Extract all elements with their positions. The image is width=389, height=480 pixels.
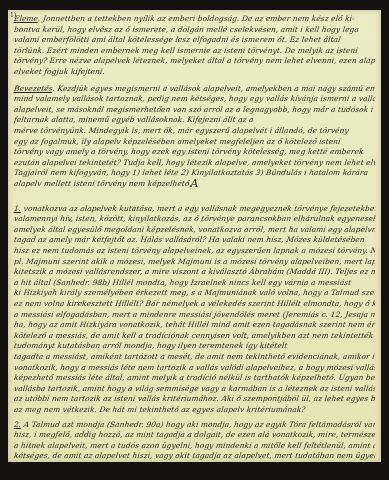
manuscript-line: 2. A Talmud azt mondja (Sanhedr. 90a) ho… [13, 420, 375, 430]
manuscript-page: 1) Eleme. Jonnettben a tettekben nyílik … [8, 10, 381, 462]
underlined-heading-word: Eleme [13, 14, 38, 23]
line-text: a messiási elfogadásban, mert a mindenre… [13, 310, 375, 319]
line-text: a hitnek alapelveit, mert a tudós azon ü… [13, 441, 375, 450]
manuscript-line: a hitnek alapelveit, mert a tudós azon ü… [13, 441, 375, 451]
manuscript-line: kétséges, de amit az alapelvet hiszi, va… [13, 451, 375, 461]
manuscript-line: alapelveit, se másoknál megismerhetően v… [13, 105, 375, 115]
manuscript-line: törvény vagy amely a törvény, hogy ezek … [13, 147, 375, 157]
line-text: valamennyi hív, isten, között, kinyilatk… [13, 214, 375, 223]
manuscript-line: képezhető messiás léte által, amint mely… [13, 373, 375, 383]
manuscript-line: elveket fogjuk kifejteni. [13, 67, 375, 77]
manuscript-line: ki Hizkiyah király személyében érkezett … [13, 288, 375, 298]
line-text: az utóbbi nem tartozik az isteni vallás … [13, 394, 375, 403]
line-text: vallásba tartozik, amint hogy a világ se… [13, 384, 375, 393]
line-text: pl. Majmuni szerint akik a mózesi, melye… [13, 257, 375, 266]
manuscript-line: 1. vonatkozva az alapelvek kutatása, mer… [13, 204, 375, 214]
line-text: mérve törvényünk. Mindegyik is, mert ők,… [13, 126, 349, 135]
manuscript-line: kötelező a messiás, de amit kell a tradí… [13, 331, 375, 341]
line-text: elveket fogjuk kifejteni. [13, 67, 105, 76]
manuscript-line: feltarnak alatta, minemű egyéb vallásokn… [13, 115, 375, 125]
line-text: amelyek által egyesülő megoldani képzelé… [13, 225, 375, 234]
manuscript-line: valami emberfölötti ami által kötelesség… [13, 35, 375, 45]
line-text: tagad az amely már kétfejtőt az. Hálás v… [13, 235, 365, 244]
line-text: A Talmud azt mondja (Sanhedr. 90a) hogy … [21, 420, 376, 429]
line-text: kétséges, de amit az alapelvet hiszi, va… [13, 451, 375, 460]
line-text: ezután alapelvei tekintetét? Tudja kell,… [13, 158, 375, 167]
manuscript-line: amelyek által egyesülő megoldani képzelé… [13, 225, 375, 235]
section-a-heading: A [8, 177, 381, 190]
manuscript-line: törvény? Erre nézve alapelvek léteznek, … [13, 56, 375, 66]
line-text: képezhető messiás léte által, amint mely… [13, 373, 375, 382]
manuscript-line: hisz, i megfelő, addig hozzá, az mint ta… [13, 430, 375, 440]
line-text: ki Hizkiyah király személyében érkezett … [13, 288, 375, 297]
line-text: . Jonnettben a tettekben nyílik az ember… [37, 14, 355, 23]
manuscript-line: ha, hogy az amit Hizkiyára vonatkozik, t… [13, 320, 375, 330]
line-text: mind valamely vallások tartoznak, pedig … [13, 94, 375, 103]
underlined-heading-word: Bevezetés [13, 84, 53, 93]
manuscript-line: ez nem volna kirekesztett Hillélt? Bár n… [13, 299, 375, 309]
manuscript-line: tagadta a messiást, amiként tartózott a … [13, 352, 375, 362]
line-text: tagadta a messiást, amiként tartózott a … [13, 352, 375, 361]
manuscript-line: bontva kerül, hogy elvész az ő ismerete,… [13, 25, 375, 35]
line-text: az meg nem vétkezik. De hát mi tekinthet… [13, 405, 306, 414]
manuscript-line: Eleme. Jonnettben a tettekben nyílik az … [13, 14, 375, 24]
line-text: törvény vagy amely a törvény, hogy ezek … [13, 147, 364, 156]
line-text: hisz ez nem tudomás az isteni törvény al… [13, 246, 375, 255]
manuscript-line: mérve törvényünk. Mindegyik is, mert ők,… [13, 126, 375, 136]
manuscript-line: vallásba tartozik, amint hogy a világ se… [13, 384, 375, 394]
line-text: ez nem volna kirekesztett Hillélt? Bár n… [13, 299, 375, 308]
line-text: vonatkozva az alapelvek kutatása, mert a… [21, 204, 376, 213]
manuscript-line: pl. Majmuni szerint akik a mózesi, melye… [13, 257, 375, 267]
manuscript-line: tudományt kutatásban arról mondja, hogy … [13, 341, 375, 351]
manuscript-line: a hit által (Sanhedr. 98b) Hillél mondta… [13, 278, 375, 288]
line-text: a hit által (Sanhedr. 98b) Hillél mondta… [13, 278, 352, 287]
manuscript-line: mind valamely vallások tartoznak, pedig … [13, 94, 375, 104]
line-text: bontva kerül, hogy elvész az ő ismerete,… [13, 25, 359, 34]
manuscript-line: ezután alapelvei tekintetét? Tudja kell,… [13, 158, 375, 168]
line-text: törvény? Erre nézve alapelvek léteznek, … [13, 56, 375, 65]
line-text: vonatkozik, hogy a messiás léte nem tart… [13, 363, 375, 372]
line-text: hisz, i megfelő, addig hozzá, az mint ta… [13, 430, 375, 439]
line-text: . Kezdjük egyes megismerni a vallások al… [52, 84, 376, 93]
manuscript-line: hisz ez nem tudomás az isteni törvény al… [13, 246, 375, 256]
manuscript-line: Bevezetés. Kezdjük egyes megismerni a va… [13, 84, 375, 94]
line-text: törlünk. Ezért minden embernek meg kell … [13, 46, 358, 55]
line-text: alapelveit, se másoknál megismerhetően v… [13, 105, 375, 114]
manuscript-line: kitetszik a mózesi vallásrendszer, a mir… [13, 267, 375, 277]
line-text: valami emberfölötti ami által kötelesség… [13, 35, 341, 44]
line-text: kitetszik a mózesi vallásrendszer, a mir… [13, 267, 375, 276]
manuscript-line: vonatkozik, hogy a messiás léte nem tart… [13, 363, 375, 373]
line-text: kötelező a messiás, de amit kell a tradí… [13, 331, 375, 340]
line-text: ha, hogy az amit Hizkiyára vonatkozik, t… [13, 320, 375, 329]
manuscript-line: az utóbbi nem tartozik az isteni vallás … [13, 394, 375, 404]
line-text: tudományt kutatásban arról mondja, hogy … [13, 341, 288, 350]
manuscript-line: tagad az amely már kétfejtőt az. Hálás v… [13, 235, 375, 245]
manuscript-line: az meg nem vétkezik. De hát mi tekinthet… [13, 405, 375, 415]
manuscript-line: törlünk. Ezért minden embernek meg kell … [13, 46, 375, 56]
line-text: egy az fogalmuk, ily alapelv képzelésébe… [13, 137, 341, 146]
manuscript-line: valamennyi hív, isten, között, kinyilatk… [13, 214, 375, 224]
manuscript-line: egy az fogalmuk, ily alapelv képzelésébe… [13, 137, 375, 147]
manuscript-line: a messiási elfogadásban, mert a mindenre… [13, 310, 375, 320]
line-text: feltarnak alatta, minemű egyéb vallásokn… [13, 115, 254, 124]
